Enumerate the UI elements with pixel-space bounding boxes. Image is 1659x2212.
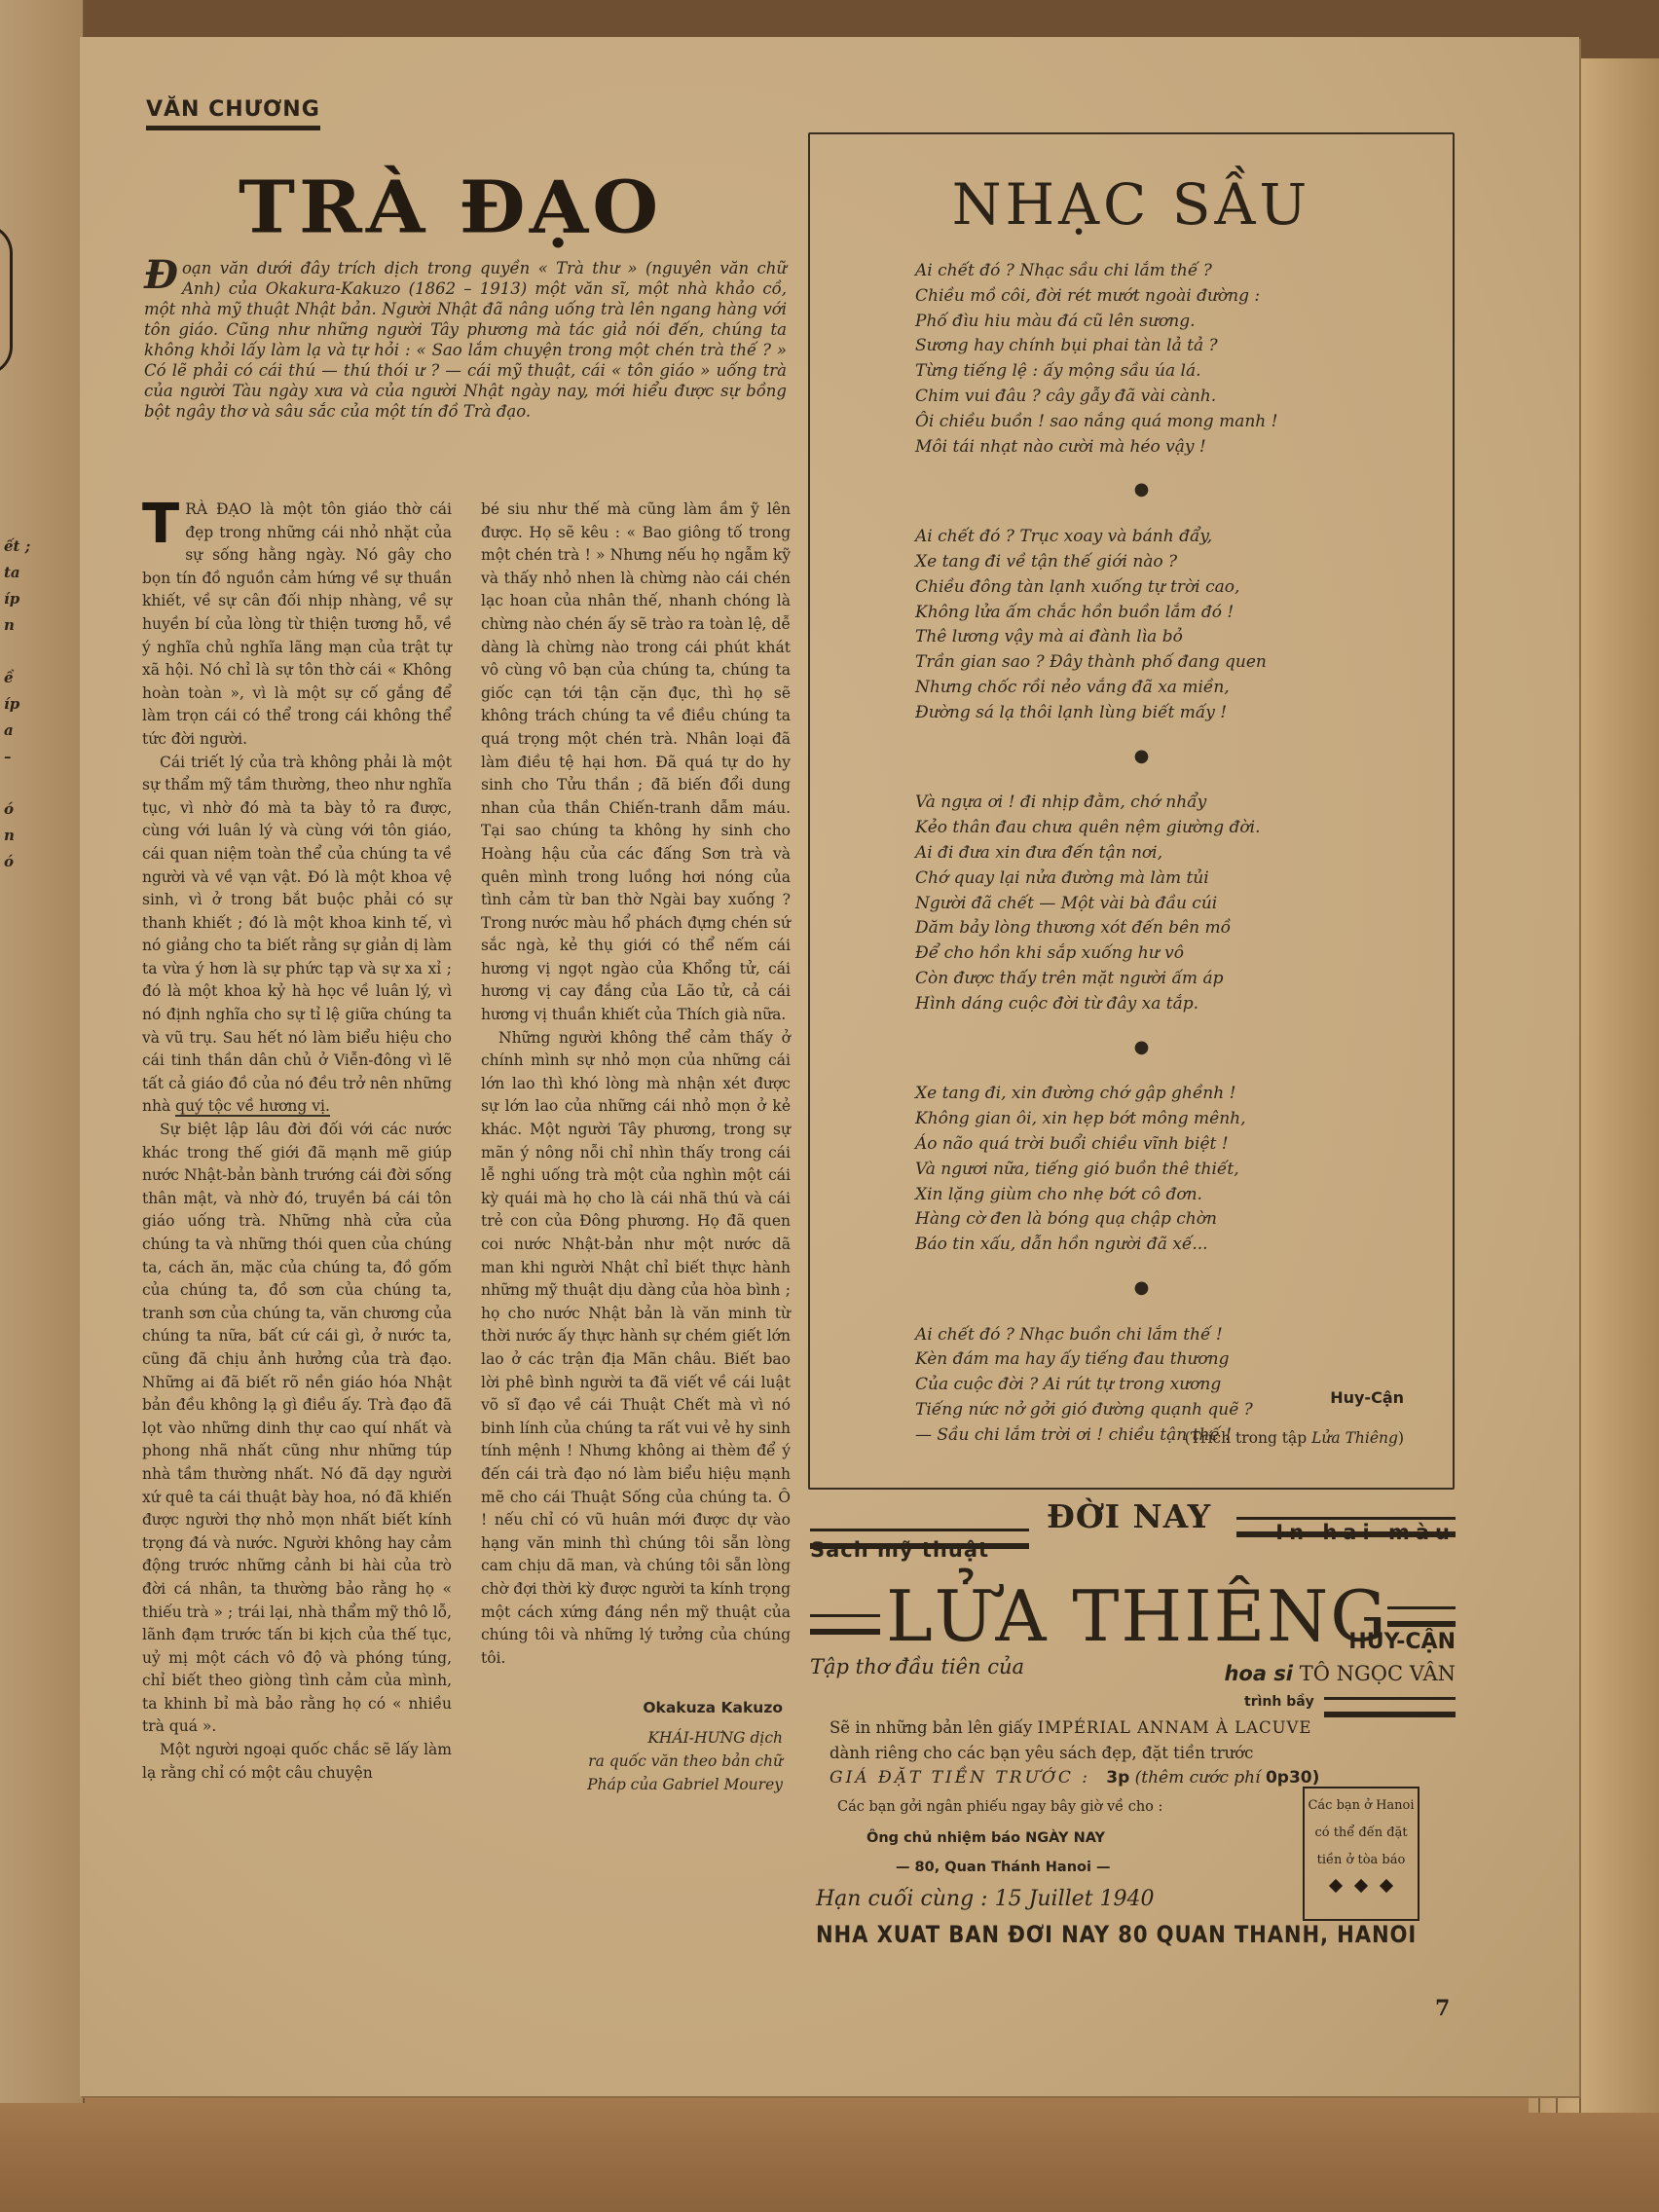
intro-text: oạn văn dưới đây trích dịch trong quyền … <box>144 259 787 421</box>
ad-body: Sẽ in những bản lên giấy IMPÉRIAL ANNAM … <box>829 1715 1453 1766</box>
stanza-separator-icon: ● <box>862 477 1421 502</box>
previous-page-edge: ết ; ta íp n ề íp a – ó n ó <box>0 0 85 2103</box>
ad-book-title: LỬA THIÊNG <box>886 1577 1388 1655</box>
stanza-separator-icon: ● <box>862 1275 1421 1301</box>
poem-author: Huy-Cận <box>1330 1388 1404 1407</box>
underlined-phrase: quý tộc về hương vị. <box>175 1097 330 1117</box>
previous-page-text-fragments: ết ; ta íp n ề íp a – ó n ó <box>4 534 30 875</box>
stanza: Xe tang đi, xin đường chớ gập ghềnh !Khô… <box>915 1082 1421 1258</box>
poem-title: NHẠC SẦU <box>810 171 1453 238</box>
body-dropcap: T <box>142 500 179 549</box>
ad-artist: hoa si TÔ NGỌC VÂN <box>1224 1662 1456 1685</box>
ad-address: — 80, Quan Thánh Hanoi — <box>896 1860 1111 1875</box>
ad-price-line: GIÁ ĐẶT TIỀN TRƯỚC : 3p (thêm cước phí 0… <box>829 1768 1453 1788</box>
illustration-fragment <box>0 224 13 376</box>
paragraph: TRÀ ĐẠO là một tôn giáo thờ cái đẹp tron… <box>142 498 452 752</box>
translator-credit: KHÁI-HƯNG dịch <box>481 1726 783 1750</box>
ad-author: HUY-CẬN <box>1348 1630 1456 1654</box>
ad-publisher-brand: ĐỜI NAY <box>1047 1497 1211 1535</box>
ad-tagline-left: Sach mỹ thuật <box>810 1538 989 1562</box>
poem-stanzas: Ai chết đó ? Nhạc sầu chi lắm thế ?Chiều… <box>915 259 1421 1449</box>
paragraph: Những người không thể cảm thấy ở chính m… <box>481 1027 791 1671</box>
ad-presented: trình bầy <box>1244 1694 1314 1710</box>
stanza: Ai chết đó ? Trục xoay và bánh đẩy,Xe ta… <box>915 525 1421 725</box>
poem-box: NHẠC SẦU Ai chết đó ? Nhạc sầu chi lắm t… <box>808 132 1455 1490</box>
stanza-separator-icon: ● <box>862 1035 1421 1060</box>
ad-send-instruction: Các bạn gởi ngân phiếu ngay bây giờ về c… <box>837 1799 1162 1815</box>
article-column-2: bé siu như thế mà cũng làm ầm ỹ lên được… <box>481 498 791 1796</box>
ad-hanoi-notice: Các bạn ở Hanoi có thể đến đặt tiền ở tò… <box>1303 1787 1419 1921</box>
article-intro: Đoạn văn dưới đây trích dịch trong quyền… <box>144 258 787 422</box>
article-title: TRÀ ĐẠO <box>239 166 662 249</box>
paragraph: Cái triết lý của trà không phải là một s… <box>142 752 452 1120</box>
diamond-icon <box>1329 1879 1343 1893</box>
diamond-icon <box>1380 1879 1393 1893</box>
intro-dropcap: Đ <box>144 258 178 293</box>
paragraph: bé siu như thế mà cũng làm ầm ỹ lên được… <box>481 498 791 1027</box>
ad-subtitle: Tập thơ đầu tiên của <box>810 1655 1024 1678</box>
decorative-rule <box>1387 1606 1456 1627</box>
diamond-icon <box>1354 1879 1368 1893</box>
decorative-rule <box>1324 1697 1456 1717</box>
book-advertisement: ĐỜI NAY Sach mỹ thuật In hai màu LỬA THI… <box>808 1499 1456 1986</box>
ad-deadline: Hạn cuối cùng : 15 Juillet 1940 <box>816 1887 1155 1911</box>
page-number: 7 <box>1435 1996 1450 2021</box>
stanza: Và ngựa ơi ! đi nhịp đằm, chớ nhẩyKẻo th… <box>915 791 1421 1016</box>
stanza: Ai chết đó ? Nhạc sầu chi lắm thế ?Chiều… <box>915 259 1421 460</box>
author-name: Okakuza Kakuzo <box>481 1697 783 1720</box>
ad-publisher-line: NHA XUAT BAN ĐƠI NAY 80 QUAN THANH, HANO… <box>816 1921 1382 1948</box>
desk-surface <box>0 2093 1659 2212</box>
poem-source: (Trích trong tập Lửa Thiêng) <box>1185 1429 1404 1447</box>
decorative-rule <box>810 1614 880 1635</box>
ad-tagline-right: In hai màu <box>1275 1521 1456 1544</box>
stanza-separator-icon: ● <box>862 744 1421 769</box>
article-signature: Okakuza Kakuzo KHÁI-HƯNG dịch ra quốc vă… <box>481 1697 791 1796</box>
price-value: 3p <box>1106 1768 1129 1788</box>
ad-recipient: Ông chủ nhiệm báo NGÀY NAY <box>866 1830 1105 1846</box>
paragraph: Sự biệt lập lâu đời đối với các nước khá… <box>142 1119 452 1739</box>
article-column-1: TRÀ ĐẠO là một tôn giáo thờ cái đẹp tron… <box>142 498 452 1785</box>
paragraph: Một người ngoại quốc chắc sẽ lấy làm lạ … <box>142 1739 452 1785</box>
section-label: VĂN CHƯƠNG <box>146 97 320 130</box>
